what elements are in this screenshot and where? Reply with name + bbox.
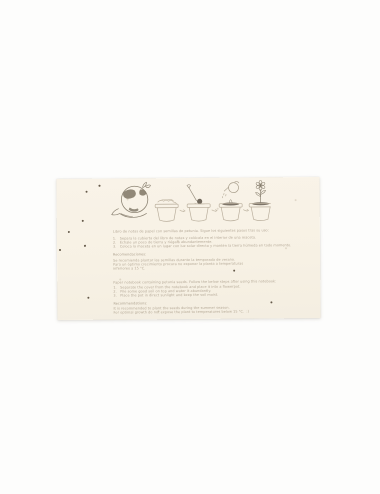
- seed-paper-card: Libro de notas de papel con semillas de …: [56, 177, 320, 320]
- intro-line: Libro de notas de papel con semillas de …: [113, 228, 269, 233]
- seed-speck: [119, 279, 121, 281]
- seed-speck: [84, 245, 86, 247]
- english-steps: 1. Separate the cover from the notebook …: [113, 285, 240, 298]
- flower-grows-icon: [249, 180, 271, 220]
- spanish-recommendations: Se recomienda plantar las semillas duran…: [113, 257, 243, 270]
- seed-speck: [68, 231, 70, 233]
- seed-speck: [82, 220, 84, 222]
- seed-speck: [285, 247, 287, 249]
- recommendation-line: inferiores a 15 °C.: [113, 265, 243, 270]
- photo-scene: Libro de notas de papel con semillas de …: [0, 0, 380, 494]
- step-line: 3. Place the pot in direct sunlight and …: [113, 293, 240, 298]
- planting-instructions-illustration: [108, 179, 270, 224]
- english-recommendations: It is recommended to plant the seeds dur…: [113, 306, 249, 315]
- step-line: 3. Coloca la maceta en un lugar con luz …: [113, 243, 291, 248]
- seed-speck: [157, 310, 159, 312]
- seed-speck: [217, 208, 219, 210]
- plant-seed-ball-icon: [187, 185, 210, 222]
- english-intro: Paper notebook containing petunia seeds.…: [113, 279, 276, 284]
- spanish-intro: Libro de notas de papel con semillas de …: [113, 228, 269, 233]
- arrow-icon: [243, 209, 248, 211]
- seed-speck: [270, 301, 272, 303]
- seed-speck: [233, 270, 235, 272]
- seed-speck: [127, 198, 129, 200]
- english-recommendations-heading: Recommendations:: [113, 301, 147, 305]
- seed-speck: [295, 199, 297, 201]
- seed-speck: [177, 240, 179, 242]
- pot-shredded-paper-icon: [155, 199, 178, 221]
- seed-speck: [98, 185, 100, 187]
- seed-speck: [87, 297, 89, 299]
- spanish-steps: 1. Separa la cubierta del libro de notas…: [113, 235, 292, 249]
- earth-in-hand-icon: [111, 182, 150, 217]
- intro-line: Paper notebook containing petunia seeds.…: [113, 279, 276, 284]
- water-the-pot-icon: [219, 182, 242, 221]
- spanish-recommendations-heading: Recomendaciones:: [113, 252, 146, 256]
- seed-speck: [59, 249, 61, 251]
- arrow-icon: [212, 209, 217, 211]
- seed-speck: [86, 191, 88, 193]
- arrow-icon: [180, 210, 185, 212]
- recommendation-line: For optimal growth do not expose the pla…: [113, 310, 249, 315]
